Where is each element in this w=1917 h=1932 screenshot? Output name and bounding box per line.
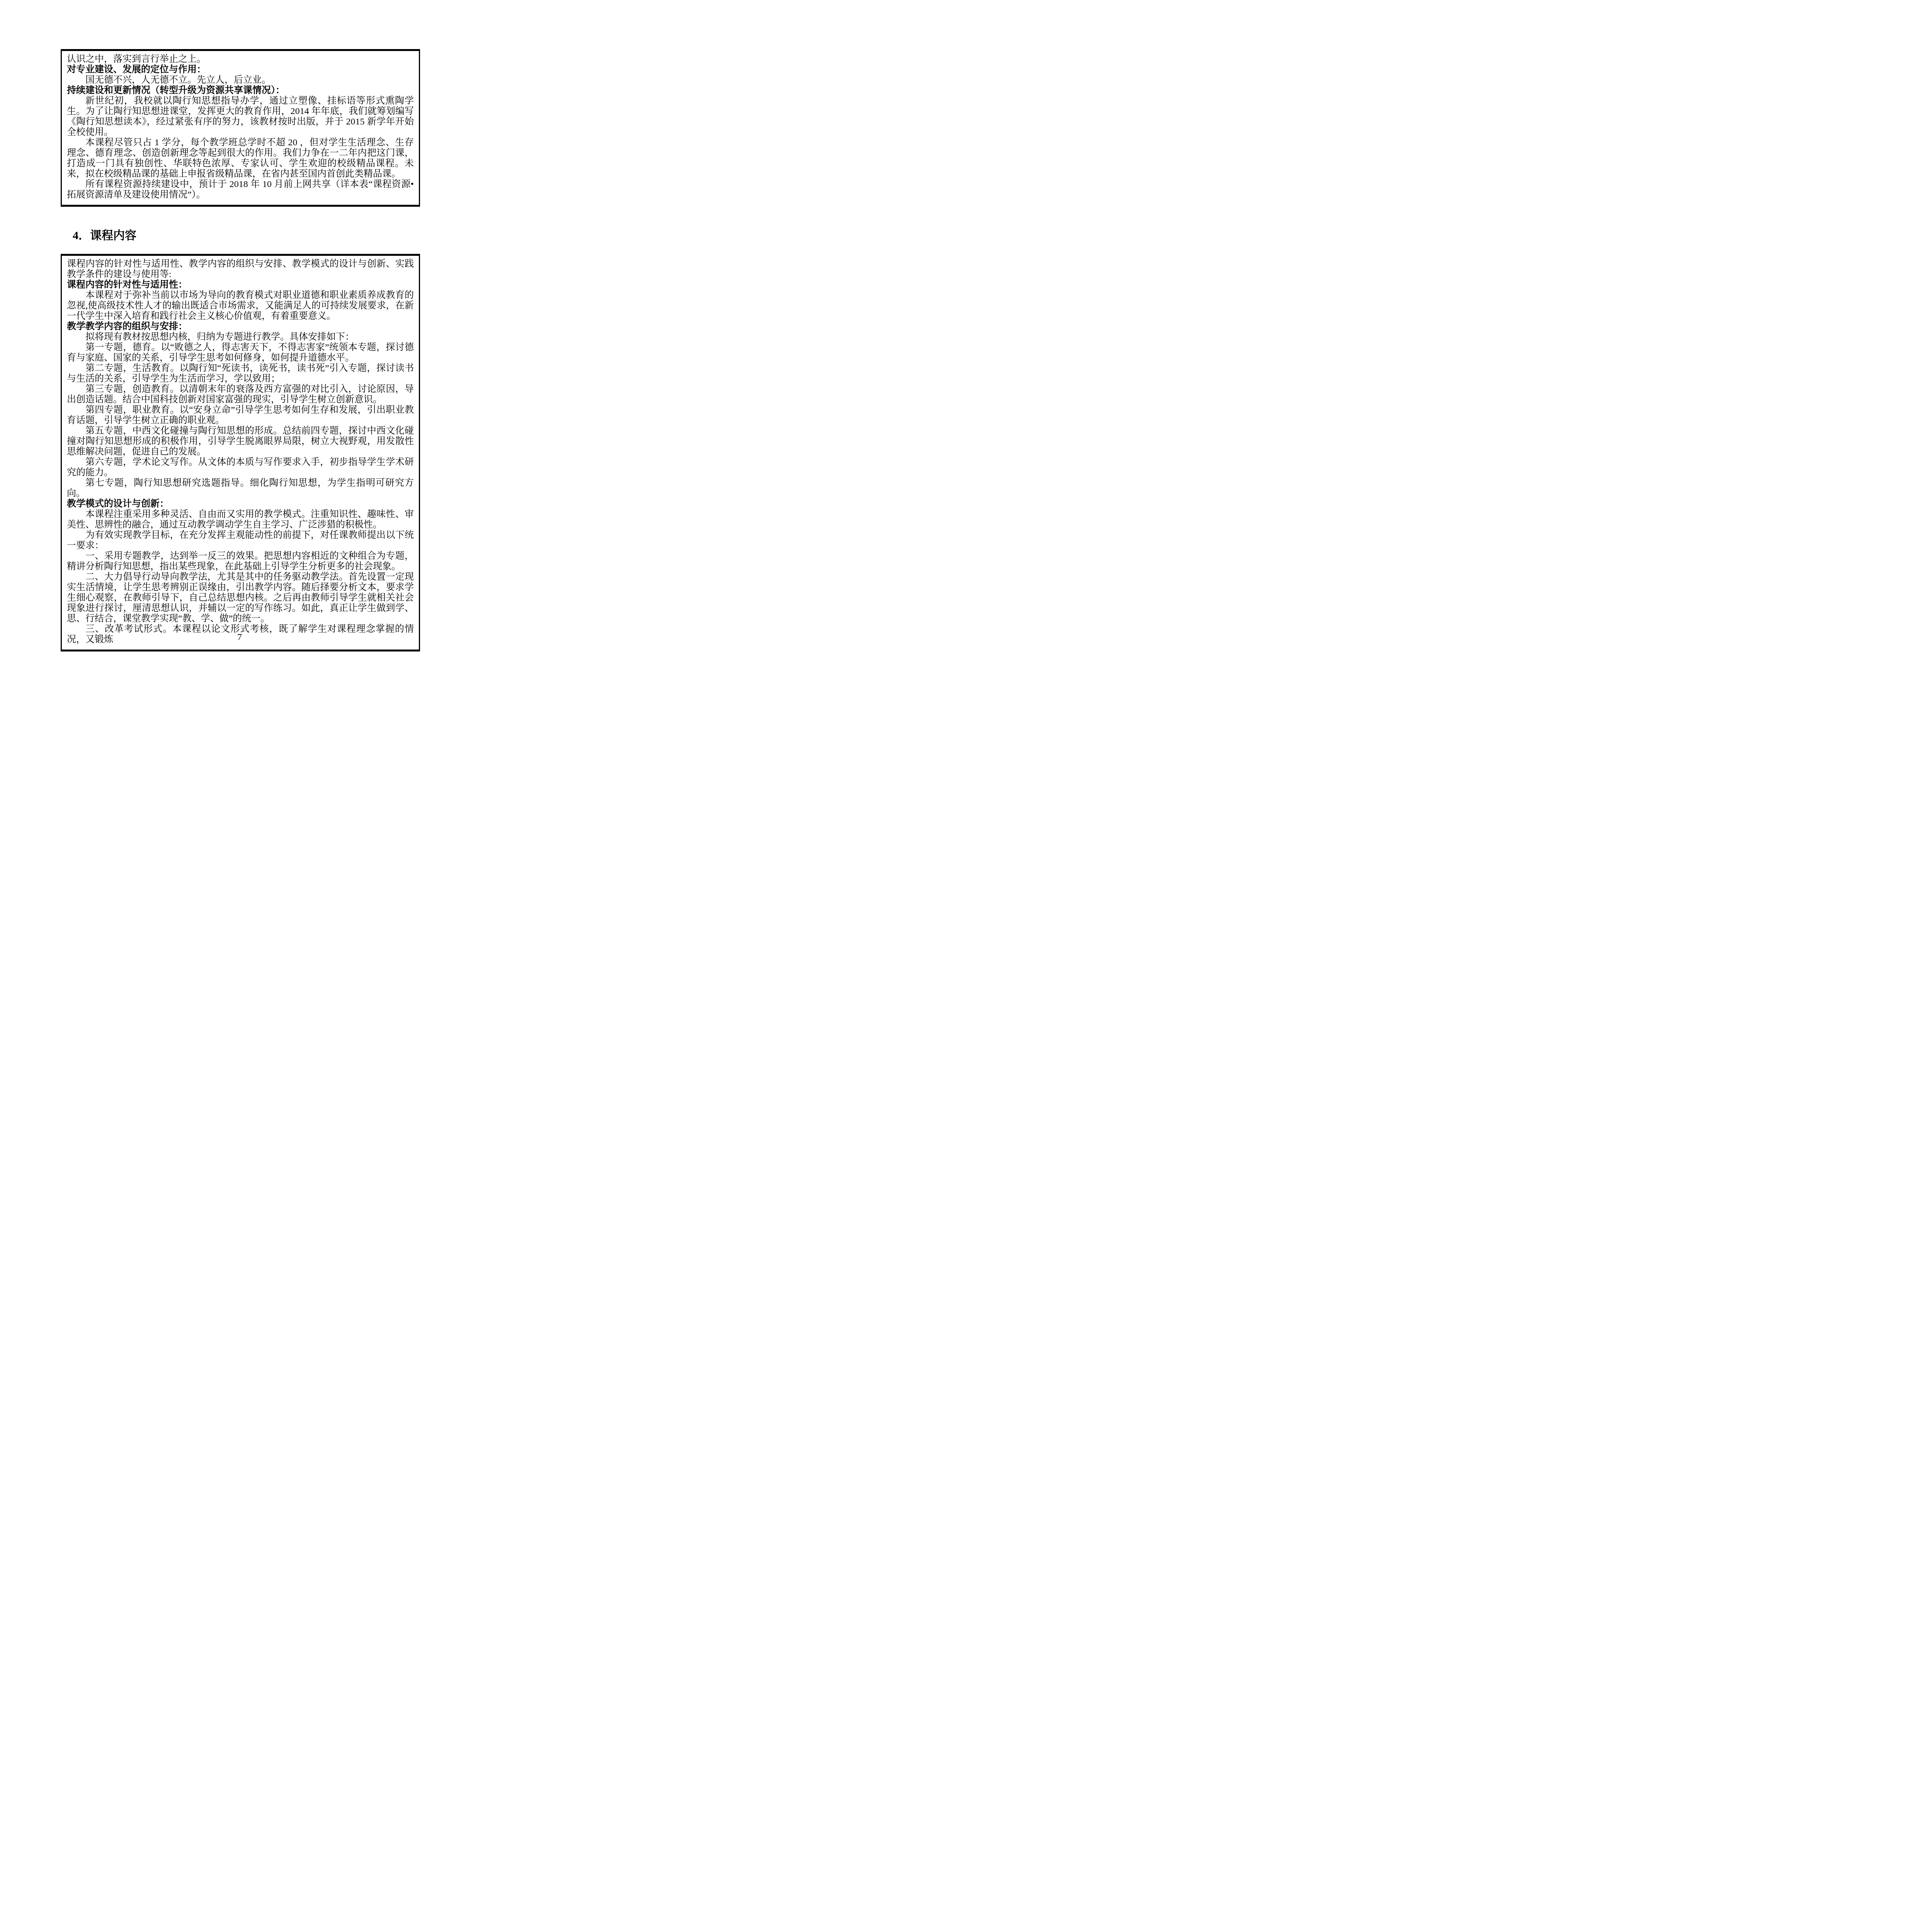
paragraph: 教学模式的设计与创新：	[67, 499, 414, 509]
paragraph: 教学教学内容的组织与安排：	[67, 321, 414, 332]
paragraph: 课程内容的针对性与适用性、教学内容的组织与安排、教学模式的设计与创新、实践教学条…	[67, 259, 414, 280]
course-development-box: 认识之中，落实到言行举止之上。对专业建设、发展的定位与作用：国无德不兴，人无德不…	[61, 49, 420, 207]
paragraph: 第四专题，职业教育。以“安身立命”引导学生思考如何生存和发展，引出职业教育话题，…	[67, 405, 414, 426]
paragraph: 所有课程资源持续建设中，预计于 2018 年 10 月前上网共享（详本表“课程资…	[67, 179, 414, 200]
section-title: 4．课程内容	[73, 229, 479, 242]
paragraph: 第二专题，生活教育。以陶行知“死读书，读死书，读书死”引入专题，探讨读书与生活的…	[67, 363, 414, 384]
paragraph: 一、采用专题教学，达到举一反三的效果。把思想内容相近的文种组合为专题，精讲分析陶…	[67, 551, 414, 572]
paragraph: 为有效实现教学目标，在充分发挥主观能动性的前提下，对任课教师提出以下统一要求：	[67, 530, 414, 551]
paragraph: 新世纪初，我校就以陶行知思想指导办学，通过立塑像、挂标语等形式熏陶学生。为了让陶…	[67, 96, 414, 138]
paragraph: 本课程尽管只占 1 学分，每个教学班总学时不超 20 ，但对学生生活理念、生存理…	[67, 138, 414, 179]
paragraph: 第一专题，德育。以“败德之人，得志害天下，不得志害家”统领本专题，探讨德育与家庭…	[67, 342, 414, 363]
paragraph: 二、大力倡导行动导向教学法，尤其是其中的任务驱动教学法。首先设置一定现实生活情境…	[67, 572, 414, 624]
paragraph: 本课程注重采用多种灵活、自由而又实用的教学模式。注重知识性、趣味性、审美性、思辨…	[67, 509, 414, 530]
paragraph: 对专业建设、发展的定位与作用：	[67, 65, 414, 75]
paragraph: 课程内容的针对性与适用性：	[67, 280, 414, 290]
paragraph: 第六专题，学术论文写作。从文体的本质与写作要求入手，初步指导学生学术研究的能力。	[67, 457, 414, 478]
paragraph: 第七专题，陶行知思想研究选题指导。细化陶行知思想，为学生指明可研究方向。	[67, 478, 414, 499]
paragraph: 第五专题，中西文化碰撞与陶行知思想的形成。总结前四专题，探讨中西文化碰撞对陶行知…	[67, 426, 414, 457]
paragraph: 拟将现有教材按思想内核，归纳为专题进行教学。具体安排如下：	[67, 332, 414, 342]
paragraph: 国无德不兴，人无德不立。先立人，后立业。	[67, 75, 414, 85]
paragraph: 持续建设和更新情况（转型升级为资源共享课情况）：	[67, 85, 414, 96]
course-content-box: 课程内容的针对性与适用性、教学内容的组织与安排、教学模式的设计与创新、实践教学条…	[61, 254, 420, 651]
paragraph: 第三专题，创造教育。以清朝末年的衰落及西方富强的对比引入，讨论原因，导出创造话题…	[67, 384, 414, 405]
paragraph: 认识之中，落实到言行举止之上。	[67, 54, 414, 65]
paragraph: 本课程对于弥补当前以市场为导向的教育模式对职业道德和职业素质养成教育的忽视,使高…	[67, 290, 414, 321]
document-page: 认识之中，落实到言行举止之上。对专业建设、发展的定位与作用：国无德不兴，人无德不…	[0, 0, 479, 678]
page-number: 7	[0, 632, 479, 643]
